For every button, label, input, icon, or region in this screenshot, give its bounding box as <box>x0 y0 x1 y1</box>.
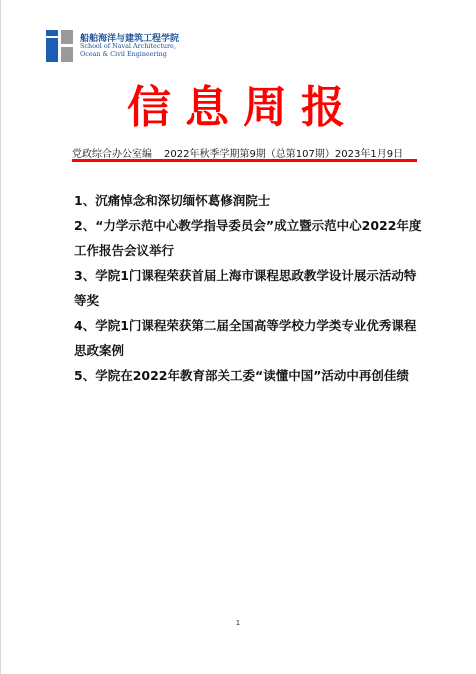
page-number: 1 <box>0 619 476 627</box>
logo-name-en-line2: Ocean & Civil Engineering <box>80 51 176 59</box>
newsletter-title: 信息周报 <box>0 84 476 132</box>
toc-item[interactable]: 5、学院在2022年教育部关工委“读懂中国”活动中再创佳绩 <box>74 363 424 388</box>
toc-item[interactable]: 3、学院1门课程荣获首届上海市课程思政教学设计展示活动特等奖 <box>74 263 424 313</box>
logo-mark-icon <box>44 30 74 62</box>
table-of-contents: 1、沉痛悼念和深切缅怀葛修润院士 2、“力学示范中心教学指导委员会”成立暨示范中… <box>74 188 424 388</box>
logo-name-en: School of Naval Architecture, Ocean & Ci… <box>80 43 176 58</box>
school-logo: 船舶海洋与建筑工程学院 School of Naval Architecture… <box>44 30 184 64</box>
toc-item[interactable]: 2、“力学示范中心教学指导委员会”成立暨示范中心2022年度工作报告会议举行 <box>74 213 424 263</box>
toc-item[interactable]: 1、沉痛悼念和深切缅怀葛修润院士 <box>74 188 424 213</box>
issue-meta: 党政综合办公室编2022年秋季学期第9期（总第107期）2023年1月9日 <box>72 145 403 160</box>
toc-item[interactable]: 4、学院1门课程荣获第二届全国高等学校力学类专业优秀课程思政案例 <box>74 313 424 363</box>
red-divider <box>72 159 417 162</box>
